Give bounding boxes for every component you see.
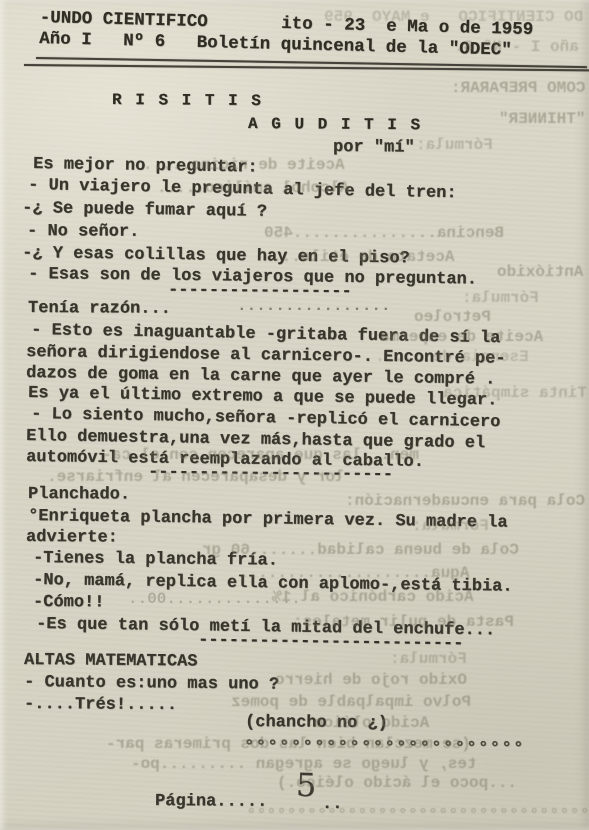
bleed-line: Aceite de ricino..... [143,156,345,174]
bleed-line: Cola para encuadernación: [345,492,585,510]
bleed-line: Bencina...............450 [264,224,504,242]
bleed-line: Pasta de pulir metales: [293,613,514,631]
bleed-line: ...poco el ácido oléico.) [277,774,517,792]
bleed-line: lor y desaparecen al enfriarse. [47,468,345,486]
body-line: Planchado. [28,485,130,506]
bleed-line: Fórmula: [416,136,493,154]
title-aguditis: A G U D I T I S [248,114,422,135]
bleed-line: Aceite de esperma [380,328,543,346]
bleed-line: Fórmula: [412,517,489,535]
bleed-line: Polvo impalpable de pomez [231,693,471,711]
section-heading-altas-matematicas: ALTAS MATEMATICAS [24,651,198,673]
bleed-line: Alcohol amílico..... [157,179,349,197]
bleed-line: Cola de buena calidad.......60 gr [202,541,519,559]
bleed-line: Acetato de etilo... [272,248,454,266]
bleed-line: men...las que aparecen con el ca- [102,446,419,464]
title-risitis: R I S I T I S [112,90,263,111]
body-line: Tenía razón... [28,299,171,320]
bleed-line: Tinta simpática [443,384,587,402]
bleed-line: Fórmula: [462,289,539,307]
bleed-line: tes, y luego se agregan .........po- [131,755,477,773]
bleed-line: COMO PREPARAR: [451,79,585,97]
bleed-line: Fórmula: [390,650,467,668]
bleed-line: "THINNER" [499,110,585,128]
body-line: advierte: [26,528,118,548]
bleed-line: Oxido rojo de hierro [275,671,467,689]
byline: por "mí" [333,138,415,159]
bleed-line: Acido oléico [314,714,429,732]
body-line: - No señor. [27,222,139,243]
body-line: -¿ Se puede fumar aquí ? [22,199,267,223]
bleed-line: año I - Nº 8. [454,38,579,56]
bleed-line: Agua.................... [239,564,469,582]
bleed-line: DO CIENTIFICO e MAYO 959 [324,8,583,26]
body-line: -....Trés!..... [24,695,177,716]
leader-dots: ................ [237,297,391,315]
circle-row-faint: °°°°°°°°°°°°°°°°°°°°°°°°°°°°°°°°°° [246,806,589,824]
bleed-line: Esencia de ..... [375,348,529,366]
bleed-line: (se mezclan bien las dos primeras par- [106,735,471,753]
body-line: -Cómo!! [33,593,105,613]
bleed-line: Antióxido [497,263,583,281]
bleed-line: Petroleo [414,308,491,326]
document-page: -UNDO CIENTIFICO ito - 23 e Ma o de 1959… [0,0,589,830]
bleed-line: Ácido carbónico al 1% [272,588,474,606]
